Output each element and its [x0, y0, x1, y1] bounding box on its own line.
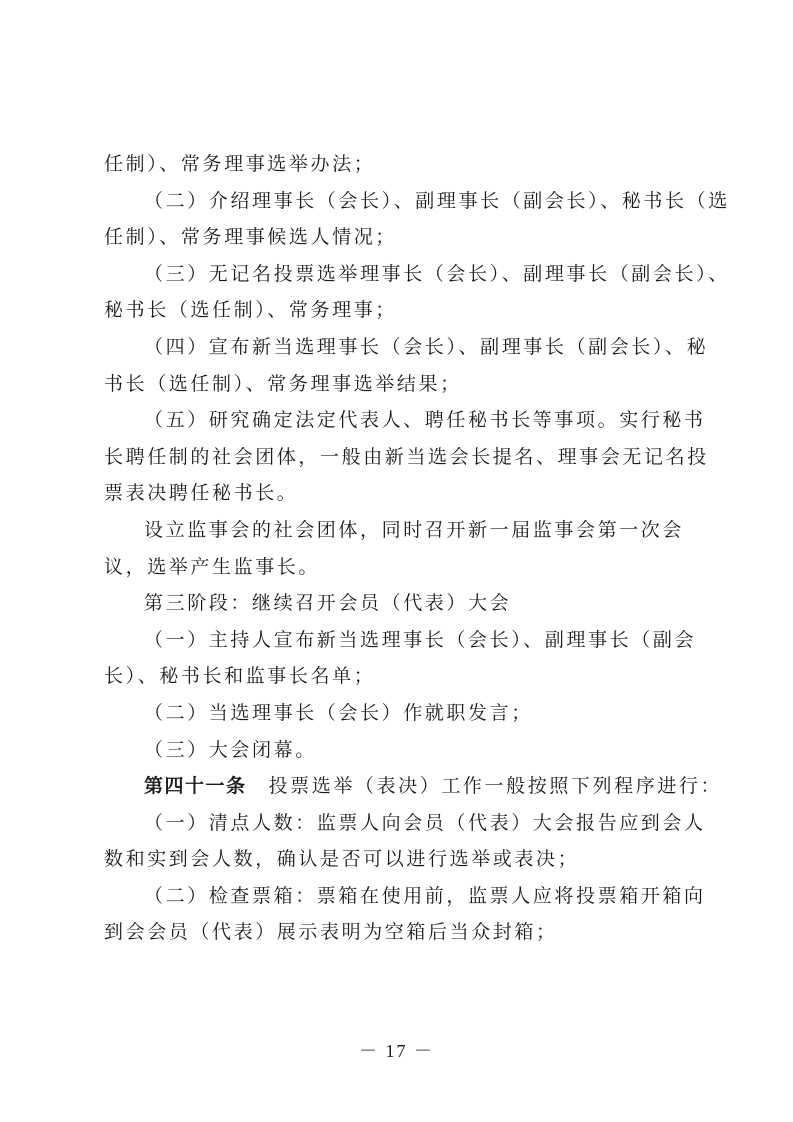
text-line: （五）研究确定法定代表人、聘任秘书长等事项。实行秘书	[104, 402, 692, 439]
text-line: 任制）、常务理事候选人情况；	[104, 219, 692, 256]
text-line: （三）大会闭幕。	[104, 732, 692, 769]
text-line: 书长（选任制）、常务理事选举结果；	[104, 366, 692, 403]
text-line: 秘书长（选任制）、常务理事；	[104, 292, 692, 329]
text-line: 长聘任制的社会团体，一般由新当选会长提名、理事会无记名投	[104, 439, 692, 476]
text-line: 议，选举产生监事长。	[104, 549, 692, 586]
text-line: （二）介绍理事长（会长）、副理事长（副会长）、秘书长（选	[104, 183, 692, 220]
text-line: （二）当选理事长（会长）作就职发言；	[104, 695, 692, 732]
text-line: （三）无记名投票选举理事长（会长）、副理事长（副会长）、	[104, 256, 692, 293]
text-line: （一）清点人数：监票人向会员（代表）大会报告应到会人	[104, 805, 692, 842]
article-line: 第四十一条投票选举（表决）工作一般按照下列程序进行：	[104, 768, 692, 805]
text-line: 数和实到会人数，确认是否可以进行选举或表决；	[104, 841, 692, 878]
text-line: 票表决聘任秘书长。	[104, 475, 692, 512]
text-line: 到会会员（代表）展示表明为空箱后当众封箱；	[104, 914, 692, 951]
text-line: 设立监事会的社会团体，同时召开新一届监事会第一次会	[104, 512, 692, 549]
document-page: 任制）、常务理事选举办法； （二）介绍理事长（会长）、副理事长（副会长）、秘书长…	[104, 146, 692, 951]
text-line: 任制）、常务理事选举办法；	[104, 146, 692, 183]
article-text: 投票选举（表决）工作一般按照下列程序进行：	[269, 775, 723, 797]
section-heading-stage-three: 第三阶段：继续召开会员（代表）大会	[104, 585, 692, 622]
text-line: （一）主持人宣布新当选理事长（会长）、副理事长（副会	[104, 622, 692, 659]
text-line: （二）检查票箱：票箱在使用前，监票人应将投票箱开箱向	[104, 878, 692, 915]
page-number: － 17 －	[0, 1037, 793, 1063]
text-line: 长）、秘书长和监事长名单；	[104, 658, 692, 695]
article-heading: 第四十一条	[144, 775, 247, 797]
text-line: （四）宣布新当选理事长（会长）、副理事长（副会长）、秘	[104, 329, 692, 366]
